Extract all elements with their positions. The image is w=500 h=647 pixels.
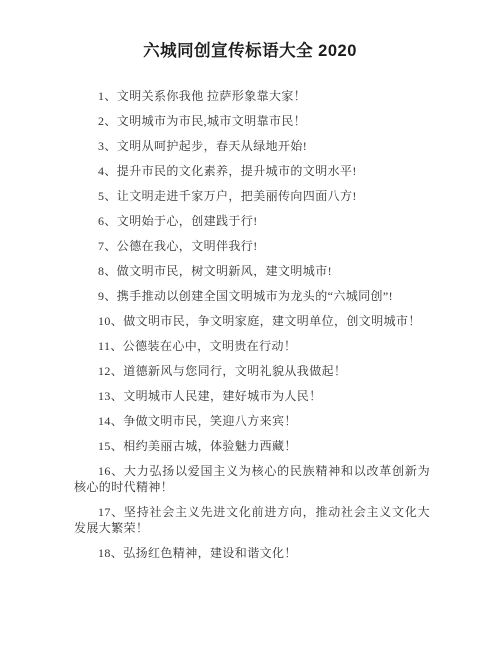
slogan-item-17: 17、坚持社会主义先进文化前进方向，推动社会主义文化大发展大繁荣！ [74, 504, 430, 536]
slogan-item-11: 11、公德装在心中，文明贵在行动！ [74, 338, 430, 354]
slogan-item-3: 3、文明从呵护起步，春天从绿地开始! [74, 138, 430, 154]
slogan-item-8: 8、做文明市民，树文明新风，建文明城市! [74, 263, 430, 279]
slogan-item-12: 12、道德新风与您同行，文明礼貌从我做起！ [74, 363, 430, 379]
page-title: 六城同创宣传标语大全 2020 [0, 41, 500, 61]
slogan-item-14: 14、争做文明市民，笑迎八方来宾！ [74, 413, 430, 429]
slogan-item-2: 2、文明城市为市民,城市文明靠市民！ [74, 113, 430, 129]
slogan-item-6: 6、文明始于心，创建践于行! [74, 213, 430, 229]
slogan-item-1: 1、文明关系你我他 拉萨形象靠大家！ [74, 88, 430, 104]
slogan-item-13: 13、文明城市人民建，建好城市为人民！ [74, 388, 430, 404]
slogan-list: 1、文明关系你我他 拉萨形象靠大家！ 2、文明城市为市民,城市文明靠市民！ 3、… [74, 88, 430, 570]
slogan-item-4: 4、提升市民的文化素养，提升城市的文明水平! [74, 163, 430, 179]
slogan-item-9: 9、携手推动以创建全国文明城市为龙头的“六城同创”! [74, 288, 430, 304]
slogan-item-7: 7、公德在我心，文明伴我行! [74, 238, 430, 254]
slogan-item-15: 15、相约美丽古城，体验魅力西藏！ [74, 438, 430, 454]
slogan-item-18: 18、弘扬红色精神，建设和谐文化！ [74, 545, 430, 561]
slogan-item-16: 16、大力弘扬以爱国主义为核心的民族精神和以改革创新为核心的时代精神！ [74, 463, 430, 495]
slogan-item-5: 5、让文明走进千家万户，把美丽传向四面八方! [74, 188, 430, 204]
slogan-item-10: 10、做文明市民，争文明家庭，建文明单位，创文明城市！ [74, 313, 430, 329]
document-page: 六城同创宣传标语大全 2020 1、文明关系你我他 拉萨形象靠大家！ 2、文明城… [0, 0, 500, 647]
